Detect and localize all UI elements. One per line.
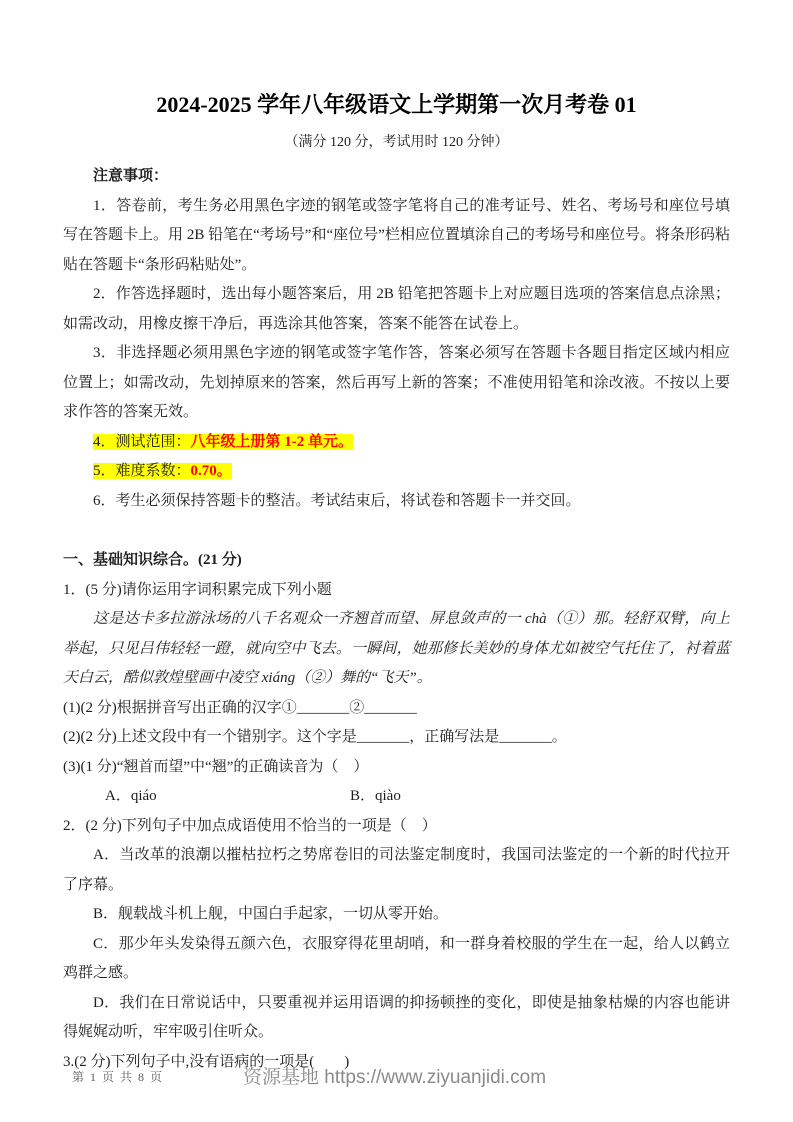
notice-heading: 注意事项：	[63, 162, 730, 192]
page-title: 2024-2025 学年八年级语文上学期第一次月考卷 01	[63, 88, 730, 122]
q1-sub3: (3)(1 分)“翘首而望”中“翘”的正确读音为（ ）	[63, 753, 730, 783]
q2-option-c: C．那少年头发染得五颜六色，衣服穿得花里胡哨，和一群身着校服的学生在一起，给人以…	[63, 930, 730, 989]
exam-meta: （满分 120 分，考试用时 120 分钟）	[63, 132, 730, 154]
q2-option-d: D．我们在日常说话中，只要重视并运用语调的抑扬顿挫的变化，即使是抽象枯燥的内容也…	[63, 989, 730, 1048]
q1-sub3-options: A．qiáoB．qiào	[63, 782, 730, 812]
notice-item-1: 1．答卷前，考生务必用黑色字迹的钢笔或签字笔将自己的准考证号、姓名、考场号和座位…	[63, 192, 730, 281]
notice-item-3: 3．非选择题必须用黑色字迹的钢笔或签字笔作答，答案必须写在答题卡各题目指定区域内…	[63, 339, 730, 428]
page-number: 第 1 页 共 8 页	[72, 1068, 164, 1085]
watermark-url: 资源基地 https://www.ziyuanjidi.com	[243, 1062, 546, 1089]
notice-item-5: 5．难度系数：0.70。	[63, 457, 730, 487]
section-1-heading: 一、基础知识综合。(21 分)	[63, 546, 730, 576]
notice-item-4-label: 4．测试范围：	[93, 434, 191, 450]
q1-passage: 这是达卡多拉游泳场的八千名观众一齐翘首而望、屏息敛声的一 chà（①）那。轻舒双…	[63, 605, 730, 694]
page-footer: 第 1 页 共 8 页 资源基地 https://www.ziyuanjidi.…	[0, 1060, 793, 1100]
q1-sub3-option-a: A．qiáo	[105, 782, 350, 812]
notice-item-4-value: 八年级上册第 1-2 单元。	[191, 434, 354, 450]
notice-item-6: 6．考生必须保持答题卡的整洁。考试结束后，将试卷和答题卡一并交回。	[63, 487, 730, 517]
q2-stem: 2．(2 分)下列句子中加点成语使用不恰当的一项是（ ）	[63, 812, 730, 842]
notice-item-5-label: 5．难度系数：	[93, 463, 191, 479]
q1-sub1: (1)(2 分)根据拼音写出正确的汉字①_______②_______	[63, 694, 730, 724]
notice-item-2: 2．作答选择题时，选出每小题答案后，用 2B 铅笔把答题卡上对应题目选项的答案信…	[63, 280, 730, 339]
q2-option-b: B．舰载战斗机上舰，中国白手起家，一切从零开始。	[63, 900, 730, 930]
q1-sub3-option-b: B．qiào	[350, 788, 401, 804]
q1-sub2: (2)(2 分)上述文段中有一个错别字。这个字是_______，正确写法是___…	[63, 723, 730, 753]
q2-option-a: A．当改革的浪潮以摧枯拉朽之势席卷旧的司法鉴定制度时，我国司法鉴定的一个新的时代…	[63, 841, 730, 900]
exam-paper-page: 2024-2025 学年八年级语文上学期第一次月考卷 01 （满分 120 分，…	[0, 0, 793, 1122]
q1-stem: 1．(5 分)请你运用字词积累完成下列小题	[63, 576, 730, 606]
notice-item-5-value: 0.70。	[191, 463, 232, 479]
notice-item-4: 4．测试范围：八年级上册第 1-2 单元。	[63, 428, 730, 458]
